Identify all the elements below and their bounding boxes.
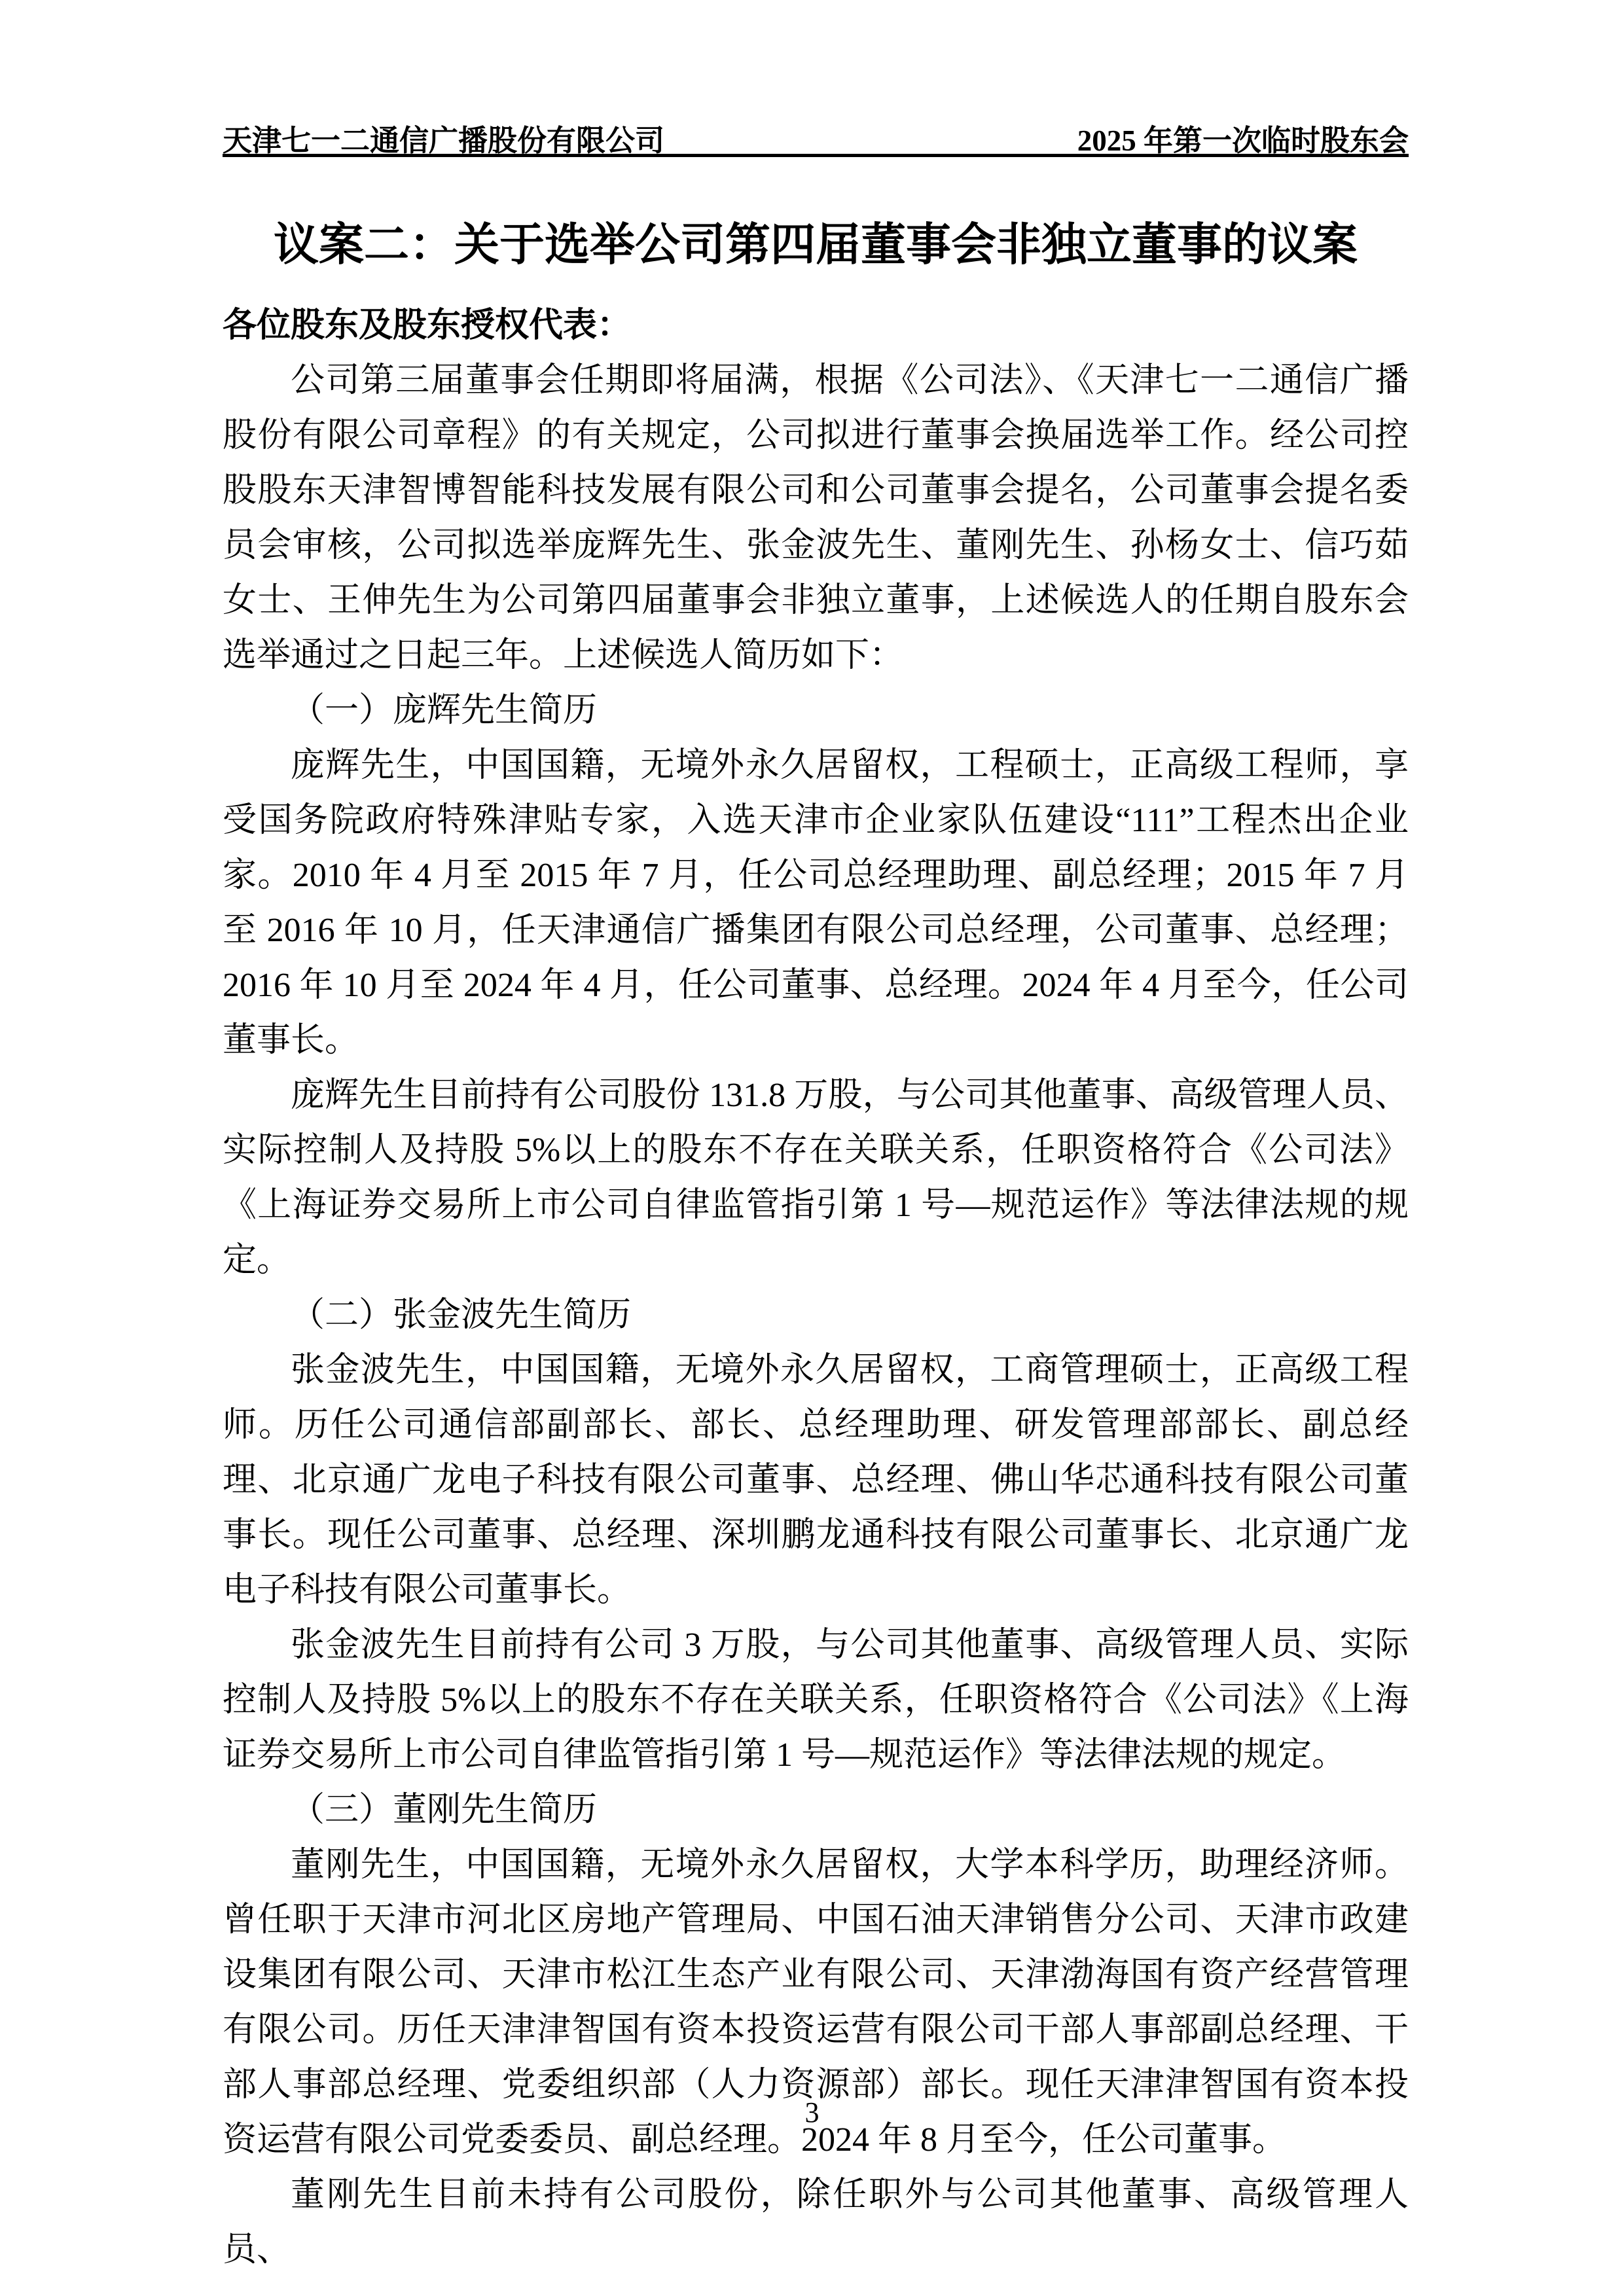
- paragraph-zhangjinbo-shareholding: 张金波先生目前持有公司 3 万股，与公司其他董事、高级管理人员、实际控制人及持股…: [223, 1618, 1409, 1783]
- page-number: 3: [805, 2096, 820, 2128]
- section-heading-1: （一）庞辉先生简历: [223, 683, 1409, 738]
- header-company-name: 天津七一二通信广播股份有限公司: [223, 117, 664, 159]
- document-page: 天津七一二通信广播股份有限公司 2025 年第一次临时股东会 议案二：关于选举公…: [0, 0, 1624, 2296]
- header-meeting-name: 2025 年第一次临时股东会: [1077, 117, 1409, 159]
- paragraph-intro: 公司第三届董事会任期即将届满，根据《公司法》、《天津七一二通信广播股份有限公司章…: [223, 353, 1409, 683]
- paragraph-zhangjinbo-bio: 张金波先生，中国国籍，无境外永久居留权，工商管理硕士，正高级工程师。历任公司通信…: [223, 1343, 1409, 1618]
- page-footer: 3: [0, 2093, 1624, 2132]
- paragraph-panghui-bio: 庞辉先生，中国国籍，无境外永久居留权，工程硕士，正高级工程师，享受国务院政府特殊…: [223, 738, 1409, 1068]
- header-divider: [223, 154, 1409, 157]
- document-title: 议案二：关于选举公司第四届董事会非独立董事的议案: [196, 208, 1435, 273]
- paragraph-donggang-shareholding: 董刚先生目前未持有公司股份，除任职外与公司其他董事、高级管理人员、: [223, 2168, 1409, 2278]
- paragraph-panghui-shareholding: 庞辉先生目前持有公司股份 131.8 万股，与公司其他董事、高级管理人员、实际控…: [223, 1068, 1409, 1288]
- document-header: 天津七一二通信广播股份有限公司 2025 年第一次临时股东会: [223, 117, 1409, 159]
- section-heading-2: （二）张金波先生简历: [223, 1288, 1409, 1343]
- document-body: 各位股东及股东授权代表： 公司第三届董事会任期即将届满，根据《公司法》、《天津七…: [223, 298, 1409, 2278]
- salutation: 各位股东及股东授权代表：: [223, 298, 1409, 353]
- section-heading-3: （三）董刚先生简历: [223, 1783, 1409, 1838]
